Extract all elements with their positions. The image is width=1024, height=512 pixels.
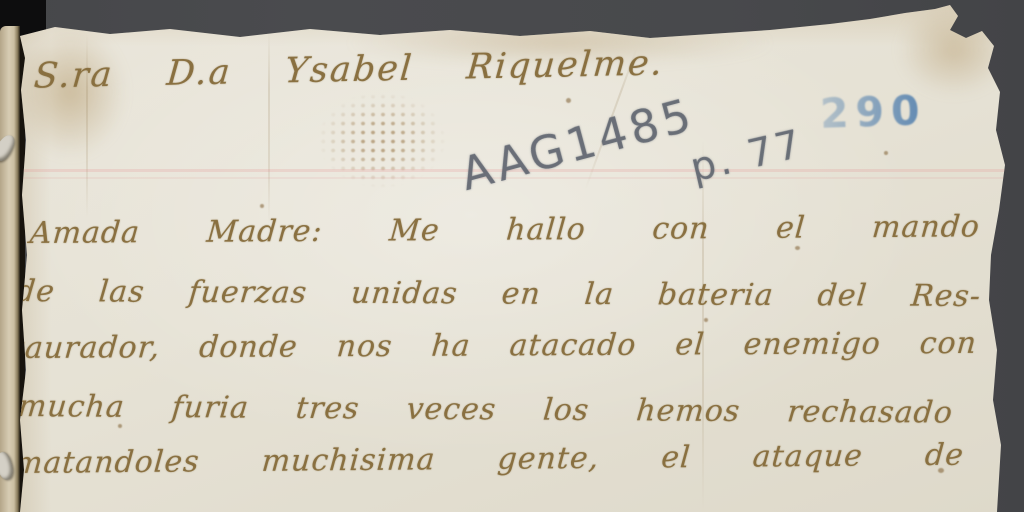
pencil-page-number: p. 77 xyxy=(686,122,807,192)
letter-salutation-address: S.ra D.a Ysabel Riquelme. xyxy=(32,43,665,96)
manuscript-scan: S.ra D.a Ysabel Riquelme. Amada Madre: M… xyxy=(0,0,1024,512)
letter-body-line: mucha furia tres veces los hemos rechasa… xyxy=(16,389,954,431)
foxing-speckles xyxy=(318,92,446,188)
letter-body-line: de las fuerzas unidas en la bateria del … xyxy=(14,274,982,314)
ink-speck xyxy=(704,318,708,322)
ink-speck xyxy=(566,98,571,103)
ink-speck xyxy=(795,246,800,250)
letter-body-line: Amada Madre: Me hallo con el mando xyxy=(29,209,982,251)
ink-speck xyxy=(260,204,264,208)
ink-speck xyxy=(884,151,888,155)
binding-page-edge xyxy=(0,26,20,512)
blue-ink-speck xyxy=(1010,112,1015,117)
letter-sheet: S.ra D.a Ysabel Riquelme. Amada Madre: M… xyxy=(0,0,1024,512)
stain xyxy=(898,4,1010,96)
pencil-catalog-number: AAG1485 xyxy=(455,88,700,201)
blue-accession-stamp: 290 xyxy=(819,86,927,138)
letter-body-line: taurador, donde nos ha atacado el enemig… xyxy=(11,326,979,366)
letter-body-line: matandoles muchisima gente, el ataque de xyxy=(13,438,966,481)
